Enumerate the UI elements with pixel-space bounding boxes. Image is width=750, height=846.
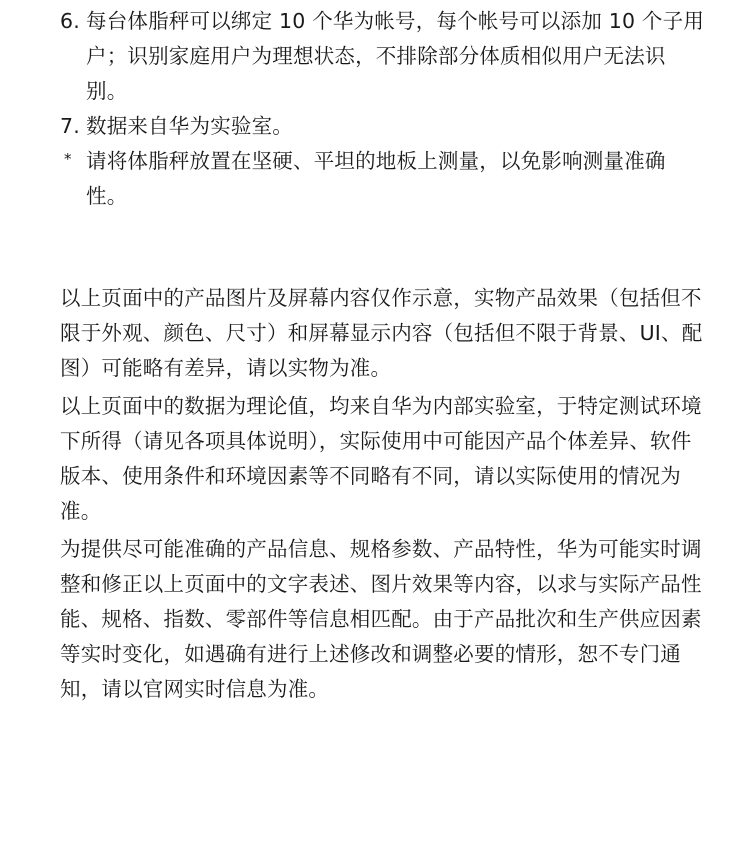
disclaimer-paragraph-data: 以上页面中的数据为理论值，均来自华为内部实验室，于特定测试环境下所得（请见各项具… (60, 389, 706, 529)
footnote-item-6: 6. 每台体脂秤可以绑定 10 个华为帐号，每个帐号可以添加 10 个子用户；识… (60, 4, 706, 109)
footnote-text: 数据来自华为实验室。 (86, 114, 293, 138)
footnote-list: 6. 每台体脂秤可以绑定 10 个华为帐号，每个帐号可以添加 10 个子用户；识… (60, 4, 706, 214)
footnote-text: 请将体脂秤放置在坚硬、平坦的地板上测量，以免影响测量准确性。 (86, 149, 666, 208)
footnote-text: 每台体脂秤可以绑定 10 个华为帐号，每个帐号可以添加 10 个子用户；识别家庭… (86, 9, 704, 103)
footnote-item-7: 7. 数据来自华为实验室。 (60, 109, 706, 144)
footnote-item-star: * 请将体脂秤放置在坚硬、平坦的地板上测量，以免影响测量准确性。 (60, 144, 706, 214)
legal-disclaimer: 以上页面中的产品图片及屏幕内容仅作示意，实物产品效果（包括但不限于外观、颜色、尺… (60, 281, 706, 707)
disclaimer-paragraph-images: 以上页面中的产品图片及屏幕内容仅作示意，实物产品效果（包括但不限于外观、颜色、尺… (60, 281, 706, 386)
footnote-number: 6. (60, 4, 86, 39)
asterisk-icon: * (64, 142, 90, 177)
footnote-number: 7. (60, 109, 86, 144)
product-notes-page: 6. 每台体脂秤可以绑定 10 个华为帐号，每个帐号可以添加 10 个子用户；识… (60, 4, 706, 710)
disclaimer-paragraph-updates: 为提供尽可能准确的产品信息、规格参数、产品特性，华为可能实时调整和修正以上页面中… (60, 532, 706, 707)
